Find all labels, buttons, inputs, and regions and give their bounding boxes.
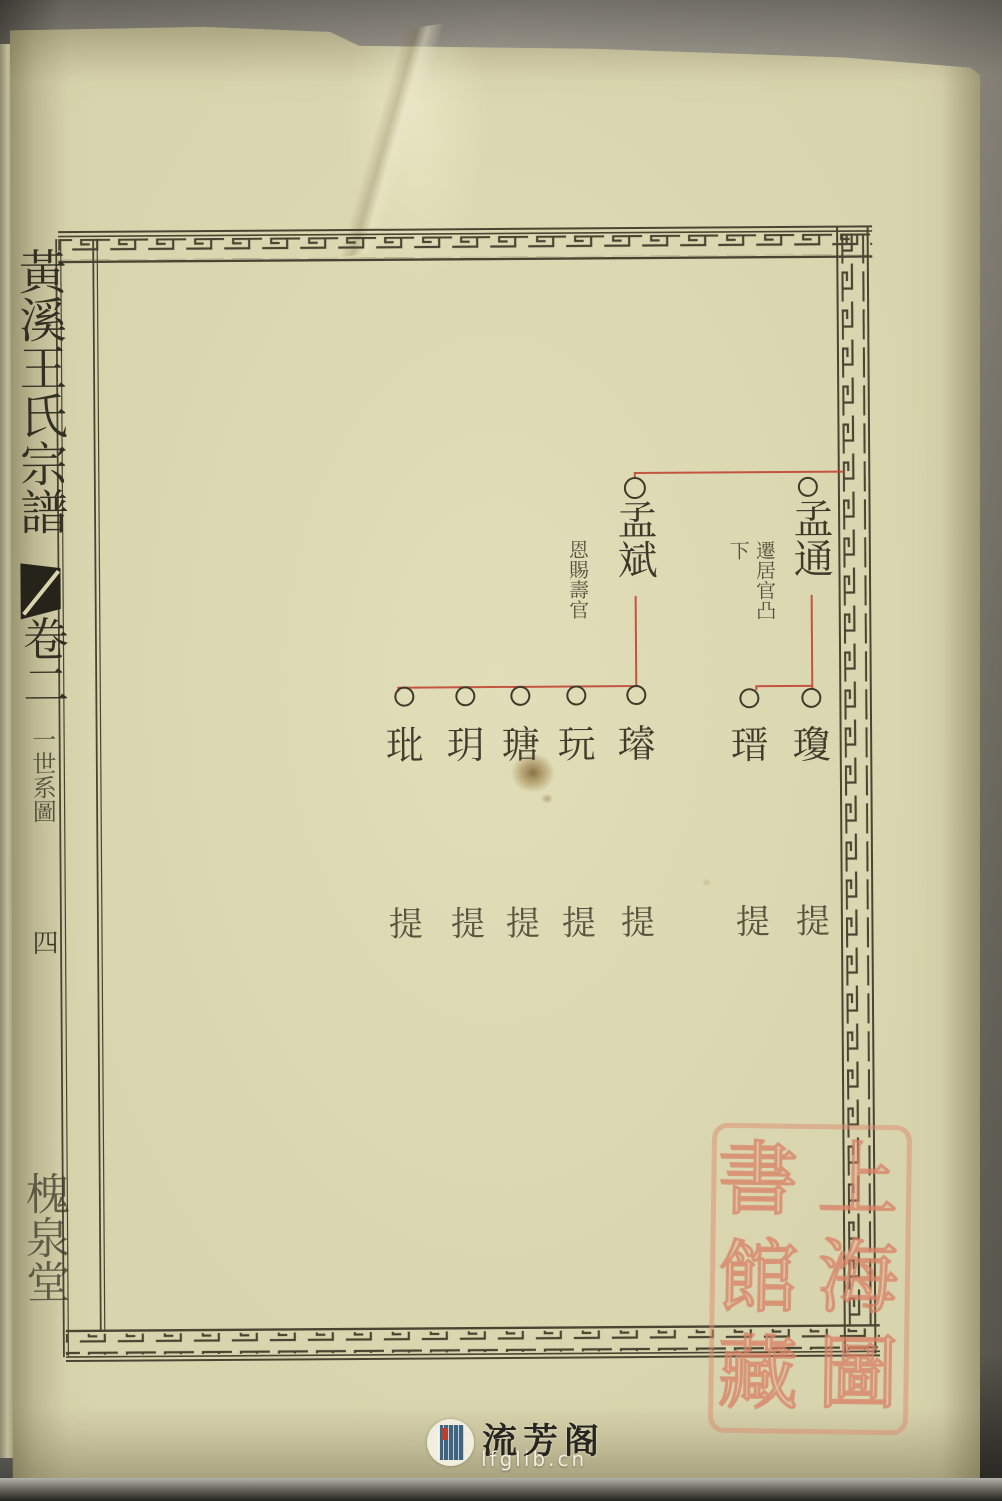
watermark-site-url: lfglib.cn <box>481 1447 587 1471</box>
desk-edge <box>0 1478 1002 1501</box>
seal-char: 圖 <box>809 1333 906 1414</box>
seal-char: 藏 <box>709 1333 806 1414</box>
seal-char: 書 <box>709 1139 806 1220</box>
book-title-label-icon <box>442 1428 448 1440</box>
stitched-book-icon <box>438 1425 464 1460</box>
watermark-badge <box>427 1419 474 1466</box>
seal-char: 上 <box>809 1139 906 1220</box>
seal-char: 館 <box>709 1237 806 1318</box>
scanned-genealogy-photo: 黃溪王氏宗譜 卷二 一世系圖 四 槐泉堂 孟斌 恩賜壽官 孟通 遷居官凸下 玭 … <box>0 0 1002 1501</box>
seal-char: 海 <box>809 1237 906 1318</box>
